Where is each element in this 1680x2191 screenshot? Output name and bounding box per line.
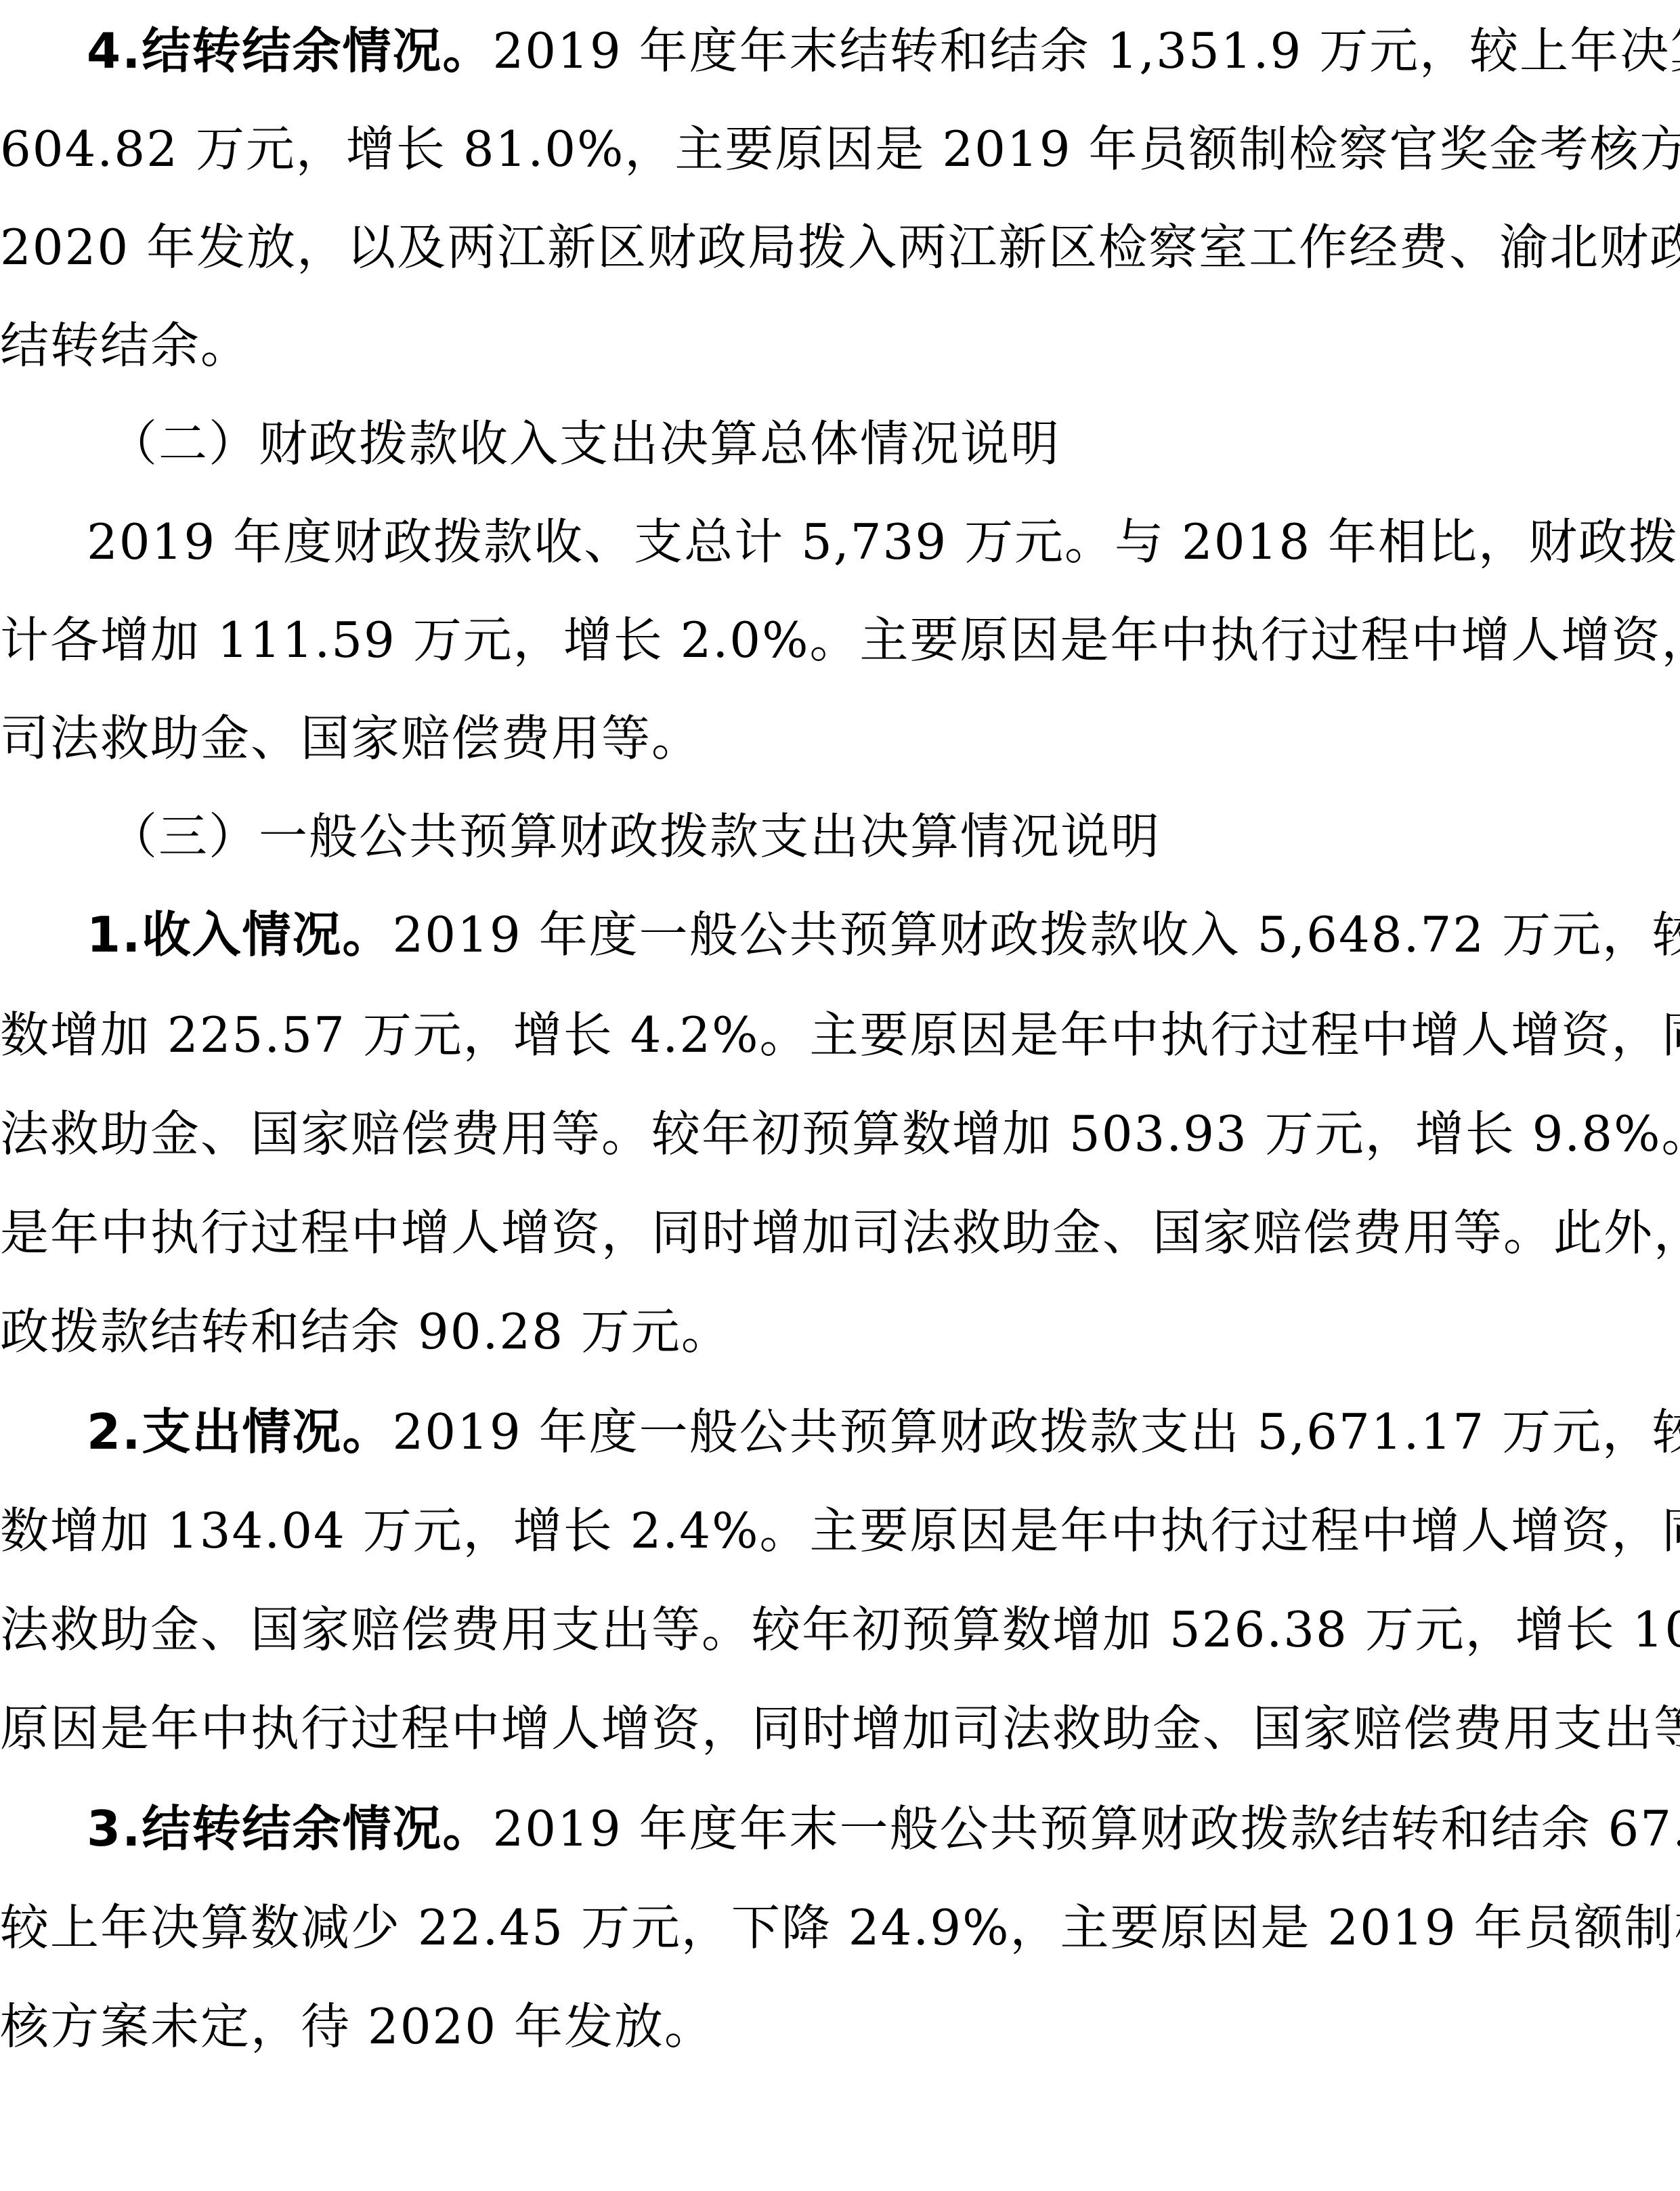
paragraph-text: 2019 年度年末结转和结余 1,351.9 万元，较上年决算数增加 bbox=[492, 22, 1680, 79]
paragraph-carryover-line-1: 4.结转结余情况。2019 年度年末结转和结余 1,351.9 万元，较上年决算… bbox=[87, 1, 1680, 101]
paragraph-income-line-3: 法救助金、国家赔偿费用等。较年初预算数增加 503.93 万元，增长 9.8%。… bbox=[0, 1084, 1680, 1184]
paragraph-text: 2019 年度一般公共预算财政拨款收入 5,648.72 万元，较上年决算 bbox=[392, 906, 1680, 963]
paragraph-carryover-3-line-1: 3.结转结余情况。2019 年度年末一般公共预算财政拨款结转和结余 67.83 … bbox=[87, 1779, 1680, 1879]
paragraph-carryover-3-line-3: 核方案未定，待 2020 年发放。 bbox=[0, 1976, 1680, 2077]
paragraph-lead: 2.支出情况。 bbox=[87, 1403, 392, 1460]
paragraph-text: 2019 年度一般公共预算财政拨款支出 5,671.17 万元，较上年决算 bbox=[392, 1403, 1680, 1460]
paragraph-expenditure-line-2: 数增加 134.04 万元，增长 2.4%。主要原因是年中执行过程中增人增资，同… bbox=[0, 1481, 1680, 1581]
paragraph-carryover-line-4: 结转结余。 bbox=[0, 295, 1680, 396]
paragraph-lead: 3.结转结余情况。 bbox=[87, 1800, 492, 1857]
paragraph-carryover-line-2: 604.82 万元，增长 81.0%，主要原因是 2019 年员额制检察官奖金考… bbox=[0, 99, 1680, 199]
paragraph-expenditure-line-4: 原因是年中执行过程中增人增资，同时增加司法救助金、国家赔偿费用支出等。 bbox=[0, 1678, 1680, 1779]
paragraph-fiscal-total-line-2: 计各增加 111.59 万元，增长 2.0%。主要原因是年中执行过程中增人增资，… bbox=[0, 590, 1680, 690]
paragraph-carryover-line-3: 2020 年发放，以及两江新区财政局拨入两江新区检察室工作经费、渝北财政局等拨款 bbox=[0, 197, 1680, 297]
document-page: 4.结转结余情况。2019 年度年末结转和结余 1,351.9 万元，较上年决算… bbox=[0, 0, 1680, 2191]
paragraph-carryover-3-line-2: 较上年决算数减少 22.45 万元，下降 24.9%，主要原因是 2019 年员… bbox=[0, 1877, 1680, 1978]
paragraph-fiscal-total-line-3: 司法救助金、国家赔偿费用等。 bbox=[0, 688, 1680, 788]
section-heading-2: （二）财政拨款收入支出决算总体情况说明 bbox=[108, 393, 1680, 494]
paragraph-lead: 1.收入情况。 bbox=[87, 906, 392, 963]
paragraph-income-line-1: 1.收入情况。2019 年度一般公共预算财政拨款收入 5,648.72 万元，较… bbox=[87, 885, 1680, 985]
paragraph-income-line-4: 是年中执行过程中增人增资，同时增加司法救助金、国家赔偿费用等。此外，年初财 bbox=[0, 1183, 1680, 1283]
paragraph-expenditure-line-3: 法救助金、国家赔偿费用支出等。较年初预算数增加 526.38 万元，增长 10.… bbox=[0, 1579, 1680, 1680]
paragraph-text: 2019 年度年末一般公共预算财政拨款结转和结余 67.83 万元， bbox=[492, 1800, 1680, 1857]
paragraph-expenditure-line-1: 2.支出情况。2019 年度一般公共预算财政拨款支出 5,671.17 万元，较… bbox=[87, 1382, 1680, 1482]
section-heading-3: （三）一般公共预算财政拨款支出决算情况说明 bbox=[108, 786, 1680, 887]
paragraph-fiscal-total-line-1: 2019 年度财政拨款收、支总计 5,739 万元。与 2018 年相比，财政拨… bbox=[87, 492, 1680, 592]
paragraph-income-line-2: 数增加 225.57 万元，增长 4.2%。主要原因是年中执行过程中增人增资，同… bbox=[0, 985, 1680, 1085]
paragraph-income-line-5: 政拨款结转和结余 90.28 万元。 bbox=[0, 1281, 1680, 1382]
paragraph-lead: 4.结转结余情况。 bbox=[87, 22, 492, 79]
